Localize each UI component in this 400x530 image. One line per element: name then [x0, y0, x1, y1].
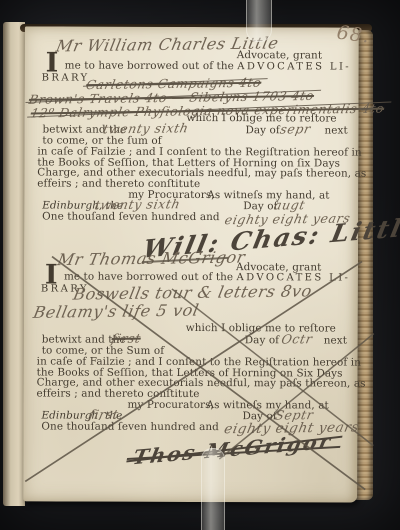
printed-year-line: One thouſand ſeven hundred and eighty ei…: [24, 211, 358, 212]
document-page: 68. Mr William Charles Little I Advocate…: [23, 26, 359, 502]
handwritten-signed-month: Septr: [274, 409, 314, 421]
printed-effeirs: effeirs ; and thereto conſtitute: [37, 388, 200, 400]
printed-betwixt-line: betwixt and the twenty sixth Day of sepr…: [24, 124, 358, 125]
printed-year-line: One thouſand ſeven hundred and eighty ei…: [23, 421, 357, 422]
printed-advocates-library: ADVOCATES LI-: [237, 61, 351, 72]
printed-betwixt-line: betwixt and the first Day of Octr next: [24, 334, 358, 335]
handwritten-signed-month: augt: [273, 199, 306, 210]
printed-effeirs: effeirs ; and thereto conſtitute: [37, 178, 200, 190]
printed-borrowed-prefix: me to have borrowed out of the: [64, 271, 237, 284]
printed-day-of: Day of: [245, 125, 279, 136]
handwritten-return-month: sepr: [279, 123, 311, 134]
handwritten-return-day: twenty sixth: [102, 122, 189, 134]
printed-brary: BRARY: [42, 72, 90, 83]
handwritten-return-month: Octr: [281, 333, 314, 344]
printed-borrowed-line: me to have borrowed out of the ADVOCATES…: [65, 61, 351, 73]
page-number: 68.: [336, 22, 372, 48]
printed-procurators-line: my Procurators, As witneſs my hand, at: [24, 399, 358, 400]
printed-borrowed-prefix: me to have borrowed out of the: [65, 60, 238, 73]
handwritten-signed-day: first: [88, 408, 119, 419]
book-gutter-edge: [3, 22, 25, 506]
printed-next: next: [324, 335, 347, 346]
borrowing-form-2: Mr Thomas McGrigor I Advocate, grant me …: [25, 26, 359, 27]
borrowing-form-1: Mr William Charles Little I Advocate, gr…: [25, 26, 359, 27]
handwritten-return-day: first: [111, 333, 142, 344]
printed-procurators-line: my Procurators, As witneſs my hand, at: [24, 189, 358, 190]
printed-day-of: Day of: [245, 335, 279, 346]
printed-advocate-grant: Advocate, grant: [237, 50, 322, 61]
printed-procurators: my Procurators,: [127, 400, 213, 411]
printed-next: next: [324, 125, 347, 136]
conservation-strap-top: [246, 0, 272, 42]
printed-oblige: which I oblige me to reſtore: [186, 113, 336, 125]
conservation-strap-bottom: [201, 448, 225, 530]
printed-one-thousand: One thouſand ſeven hundred and: [41, 421, 219, 433]
handwritten-book-title-2: Bellamy's life 5 vol: [32, 301, 201, 322]
handwritten-signed-day: twenty sixth: [94, 198, 181, 210]
photographed-manuscript-page: 68. Mr William Charles Little I Advocate…: [0, 0, 400, 530]
printed-one-thousand: One thouſand ſeven hundred and: [42, 211, 220, 223]
